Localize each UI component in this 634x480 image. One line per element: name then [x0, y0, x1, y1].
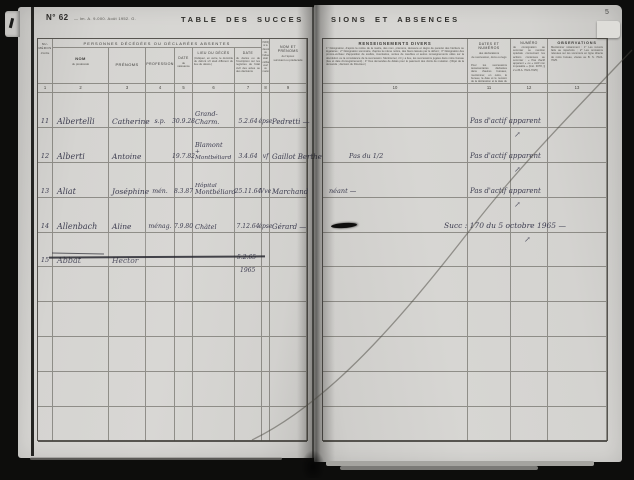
col-header-date-deces: DATE du décès ou de l'inscription sur le… — [235, 48, 262, 84]
col-header-epoux: NOM ET PRÉNOMS de l'époux survivant ou p… — [270, 39, 307, 84]
table-row: Pas d'actif apparent ↗ — [323, 93, 607, 128]
cell-etat: épse — [262, 93, 270, 127]
col-number: 3 — [109, 84, 146, 93]
cell-etat: vf — [262, 128, 270, 162]
table-row: 14 Allenbach Aline ménag. 7.9.80 Châtel … — [38, 198, 307, 233]
successions-table-left: NU-MÉROS d'ordre PERSONNES DÉCÉDÉES OU D… — [37, 38, 308, 441]
cell-lieu: HôpitalMontbéliard — [193, 163, 235, 197]
table-row-empty — [323, 372, 607, 407]
col-number: 2 — [53, 84, 109, 93]
cell-nom: Aliat — [53, 163, 109, 197]
table-row: 12 Alberti Antoine 19.7.82 Blamont+ Mont… — [38, 128, 307, 163]
col-header-lieu-deces: LIEU DU DÉCÈS (Indiquer, en outre, le do… — [193, 48, 235, 84]
table-row-empty — [323, 267, 607, 302]
cell-profession: s.p. — [146, 93, 175, 127]
cell-epoux: Gérard — — [270, 198, 307, 232]
cell-renseignements: Pas du 1/2 — [323, 128, 468, 162]
col-header-etat-matrimonial: INDIQUER si le décédé ou l'absent était … — [262, 39, 270, 84]
cell-deces: 25.11.64 — [235, 163, 262, 197]
col-number: 11 — [468, 84, 511, 93]
cell-declaration: Pas d'actif apparent ↗ — [468, 128, 511, 162]
register-spread: N° 62 — Im. A. 9-000. Août 1952. G. TABL… — [0, 0, 634, 480]
table-row: 11 Albertelli Catherine s.p. 30.9.28 Gra… — [38, 93, 307, 128]
cell-nom: Abbat — [53, 233, 109, 267]
group-header-personnes: PERSONNES DÉCÉDÉES OU DÉCLARÉES ABSENTES — [53, 39, 262, 48]
tab-ink-mark — [9, 18, 14, 28]
binding-ink-line — [31, 7, 34, 456]
col-header-renseignements: RENSEIGNEMENTS DIVERS 1° Désignation, d'… — [323, 39, 468, 84]
cell-deces: 5.2.65 1965 — [235, 233, 262, 267]
cell-numero: 14 — [38, 198, 53, 232]
table-row: néant — Pas d'actif apparent ↗ — [323, 163, 607, 198]
cell-prenoms: Joséphine — [109, 163, 146, 197]
right-table-header: RENSEIGNEMENTS DIVERS 1° Désignation, d'… — [323, 39, 607, 93]
thumb-index-tab — [597, 21, 620, 38]
col-header-prenoms: PRÉNOMS — [109, 48, 146, 84]
col-number: 9 — [270, 84, 307, 93]
cell-numero: 13 — [38, 163, 53, 197]
col-number: 6 — [193, 84, 235, 93]
cell-prenoms: Catherine — [109, 93, 146, 127]
arrow-annotation: ↗ — [524, 235, 531, 244]
col-number: 13 — [548, 84, 607, 93]
col-number: 1 — [38, 84, 53, 93]
arrow-annotation: ↗ — [514, 130, 521, 139]
table-row: 13 Aliat Joséphine mén. 8.3.87 HôpitalMo… — [38, 163, 307, 198]
cell-deces: 3.4.64 — [235, 128, 262, 162]
table-row-struck: 15 Abbat Hector 5.2.65 1965 — [38, 233, 307, 268]
table-row: Succ : 170 du 5 octobre 1965 — ↗ — [323, 198, 607, 233]
cell-epoux: Marchand — [270, 163, 307, 197]
cell-naissance: 19.7.82 — [175, 128, 193, 162]
cell-profession — [146, 128, 175, 162]
cell-naissance: 8.3.87 — [175, 163, 193, 197]
corner-tab — [5, 11, 20, 37]
page-title-left: TABLE DES SUCCES — [181, 15, 295, 24]
table-row-empty — [38, 407, 307, 442]
successions-table-right: RENSEIGNEMENTS DIVERS 1° Désignation, d'… — [322, 38, 608, 441]
col-number: 12 — [511, 84, 548, 93]
table-row-empty — [38, 372, 307, 407]
binding-fold-shadow — [301, 450, 325, 478]
cell-declaration: Pas d'actif apparent ↗ — [468, 93, 511, 127]
cell-numero: 12 — [38, 128, 53, 162]
table-row-empty — [323, 233, 607, 268]
binding-fold-line — [312, 5, 314, 462]
cell-prenoms: Hector — [109, 233, 146, 267]
table-row-empty — [38, 302, 307, 337]
col-number: 5 — [175, 84, 193, 93]
cell-etat: épse — [262, 198, 270, 232]
col-header-nom: NOM du prédécédé — [53, 48, 109, 84]
table-row-empty — [38, 267, 307, 302]
page-stack-edge — [340, 466, 538, 470]
col-number: 8 — [262, 84, 270, 93]
cell-nom: Allenbach — [53, 198, 109, 232]
cell-naissance: 7.9.80 — [175, 198, 193, 232]
cell-lieu: Blamont+ Montbéliard — [193, 128, 235, 162]
cell-prenoms: Aline — [109, 198, 146, 232]
cell-renseignements: néant — — [323, 163, 468, 197]
form-number: N° 62 — [46, 13, 69, 22]
cell-lieu: Châtel — [193, 198, 235, 232]
page-title-right: SIONS ET ABSENCES — [331, 15, 460, 24]
col-header-date-naissance: DATE de naissance — [175, 48, 193, 84]
table-row-empty — [323, 337, 607, 372]
cell-nom: Alberti — [53, 128, 109, 162]
arrow-annotation: ↗ — [514, 165, 521, 174]
col-header-observations: OBSERVATIONS Mentionner notamment : 1° L… — [548, 39, 607, 84]
cell-etat: Vve — [262, 163, 270, 197]
left-table-header: NU-MÉROS d'ordre PERSONNES DÉCÉDÉES OU D… — [38, 39, 307, 93]
cell-naissance: 30.9.28 — [175, 93, 193, 127]
col-number: 10 — [323, 84, 468, 93]
col-header-profession: PROFESSION — [146, 48, 175, 84]
cell-nom: Albertelli — [53, 93, 109, 127]
cell-renseignements — [323, 93, 468, 127]
cell-numero: 15 — [38, 233, 53, 267]
page-number: 5 — [605, 9, 609, 16]
cell-prenoms: Antoine — [109, 128, 146, 162]
col-number: 7 — [235, 84, 262, 93]
col-header-numero-sommier: NUMÉRO de consignation au sommier ou men… — [511, 39, 548, 84]
page-stack-edge — [30, 457, 282, 460]
cell-declaration: Pas d'actif apparent ↗ — [468, 163, 511, 197]
col-header-declarations: DATES ET NUMÉROS des déclarations de suc… — [468, 39, 511, 84]
ink-smudge — [331, 222, 357, 229]
cell-profession: ménag. — [146, 198, 175, 232]
col-number: 4 — [146, 84, 175, 93]
col-header-numeros: NU-MÉROS d'ordre — [38, 39, 53, 84]
arrow-annotation: ↗ — [514, 200, 521, 209]
cell-epoux: Pedretti — — [270, 93, 307, 127]
cell-numero: 11 — [38, 93, 53, 127]
cell-profession: mén. — [146, 163, 175, 197]
cell-declaration: Succ : 170 du 5 octobre 1965 — ↗ — [468, 198, 511, 232]
table-row-empty — [38, 337, 307, 372]
table-row: Pas du 1/2 Pas d'actif apparent ↗ — [323, 128, 607, 163]
cell-epoux: Gaillot Berthe — [270, 128, 307, 162]
table-row-empty — [323, 302, 607, 337]
cell-lieu: Grand-Charm. — [193, 93, 235, 127]
table-row-empty — [323, 407, 607, 442]
form-reference: — Im. A. 9-000. Août 1952. G. — [74, 16, 136, 21]
